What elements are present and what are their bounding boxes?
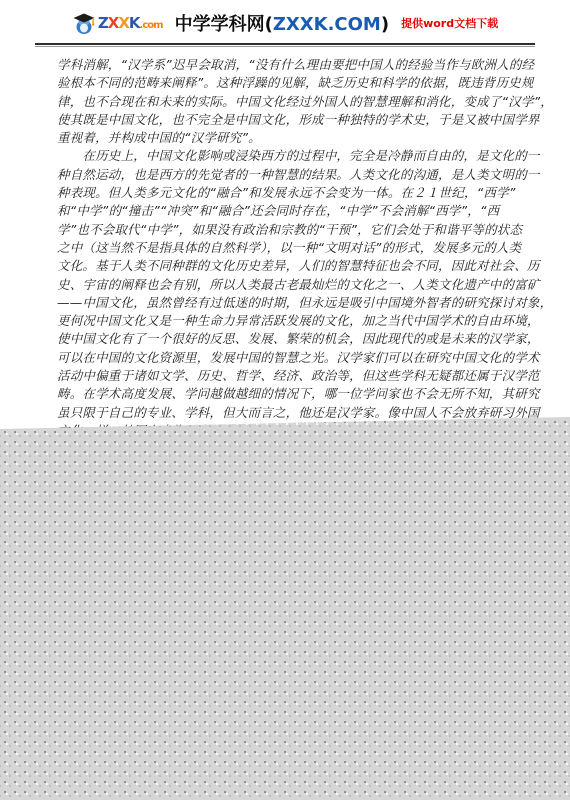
- gray-dither-pattern-overlay: [0, 417, 570, 800]
- document-line: 在历史上，中国文化影响或浸染西方的过程中，完全是冷静而自由的，是文化的一: [57, 147, 519, 165]
- download-promo-text: 提供word文档下载: [401, 15, 498, 31]
- document-line: 验根本不同的范畴来阐释”。这种浮躁的见解，缺乏历史和科学的依据，既违背历史规: [57, 74, 519, 92]
- site-header: ZXXK.com 中学学科网(ZXXK.COM) 提供word文档下载: [0, 10, 570, 36]
- zxxk-mascot-icon: [72, 11, 96, 35]
- logo-letter-k: K: [129, 14, 140, 32]
- document-line: 使其既是中国文化，也不完全是中国文化，形成一种独特的学术史，于是又被中国学界: [57, 111, 519, 129]
- site-title-paren-open: (: [265, 14, 273, 35]
- document-line: 史、宇宙的阐释也会有别，所以人类最古老最灿烂的文化之一、人类文化遗产中的富矿: [57, 276, 519, 294]
- document-line: 重视着，并构成中国的“汉学研究”。: [57, 129, 519, 147]
- document-text: 学科消解，“汉学系”迟早会取消，“没有什么理由要把中国人的经验当作与欧洲人的经 …: [57, 56, 519, 440]
- zxxk-logo-text: ZXXK.com: [98, 16, 163, 31]
- document-line: 和“中学”的“撞击”“冲突”和“融合”还会同时存在，“中学”不会消解“西学”，“…: [57, 202, 519, 220]
- logo-letter-z: Z: [98, 14, 108, 32]
- document-line: ——中国文化，虽然曾经有过低迷的时期，但永远是吸引中国境外智者的研究探讨对象，: [57, 294, 519, 312]
- document-line: 活动中偏重于诸如文学、历史、哲学、经济、政治等，但这些学科无疑都还属于汉学范: [57, 367, 519, 385]
- document-line: 文化。基于人类不同种群的文化历史差异，人们的智慧特征也会不同，因此对社会、历: [57, 257, 519, 275]
- document-line: 虽只限于自己的专业、学科，但大而言之，他还是汉学家。像中国人不会放弃研习外国: [57, 404, 519, 422]
- document-line: 畴。在学术高度发展、学问越做越细的情况下，哪一位学问家也不会无所不知，其研究: [57, 385, 519, 403]
- document-line: 律，也不合现在和未来的实际。中国文化经过外国人的智慧理解和消化，变成了“汉学”，: [57, 93, 519, 111]
- header-divider: [35, 43, 535, 47]
- site-title-en: ZXXK.COM: [273, 14, 381, 35]
- site-title-paren-close: ): [381, 14, 389, 35]
- document-line: 学科消解，“汉学系”迟早会取消，“没有什么理由要把中国人的经验当作与欧洲人的经: [57, 56, 519, 74]
- logo-letter-x1: X: [108, 14, 119, 32]
- logo-domain-suffix: .com: [140, 20, 163, 31]
- document-line: 更何况中国文化又是一种生命力异常活跃发展的文化，加之当代中国学术的自由环境，: [57, 312, 519, 330]
- document-page: ZXXK.com 中学学科网(ZXXK.COM) 提供word文档下载 学科消解…: [0, 0, 570, 800]
- zxxk-logo: ZXXK.com: [72, 11, 163, 35]
- site-title-zh: 中学学科网: [175, 14, 265, 35]
- document-line: 可以在中国的文化资源里，发展中国的智慧之光。汉学家们可以在研究中国文化的学术: [57, 349, 519, 367]
- document-line: 使中国文化有了一个很好的反思、发展、繁荣的机会，因此现代的或是未来的汉学家，: [57, 330, 519, 348]
- logo-letter-x2: X: [118, 14, 129, 32]
- document-line: 种表现。但人类多元文化的“融合”和发展永远不会变为一体。在２１世纪，“西学”: [57, 184, 519, 202]
- document-line: 之中（这当然不是指具体的自然科学），以一种“文明对话”的形式，发展多元的人类: [57, 239, 519, 257]
- site-title: 中学学科网(ZXXK.COM): [175, 10, 390, 36]
- document-line: 种自然运动，也是西方的先觉者的一种智慧的结果。人类文化的沟通，是人类文明的一: [57, 166, 519, 184]
- document-line: 学”也不会取代“中学”，如果没有政治和宗教的“干预”，它们会处于和谐平等的状态: [57, 221, 519, 239]
